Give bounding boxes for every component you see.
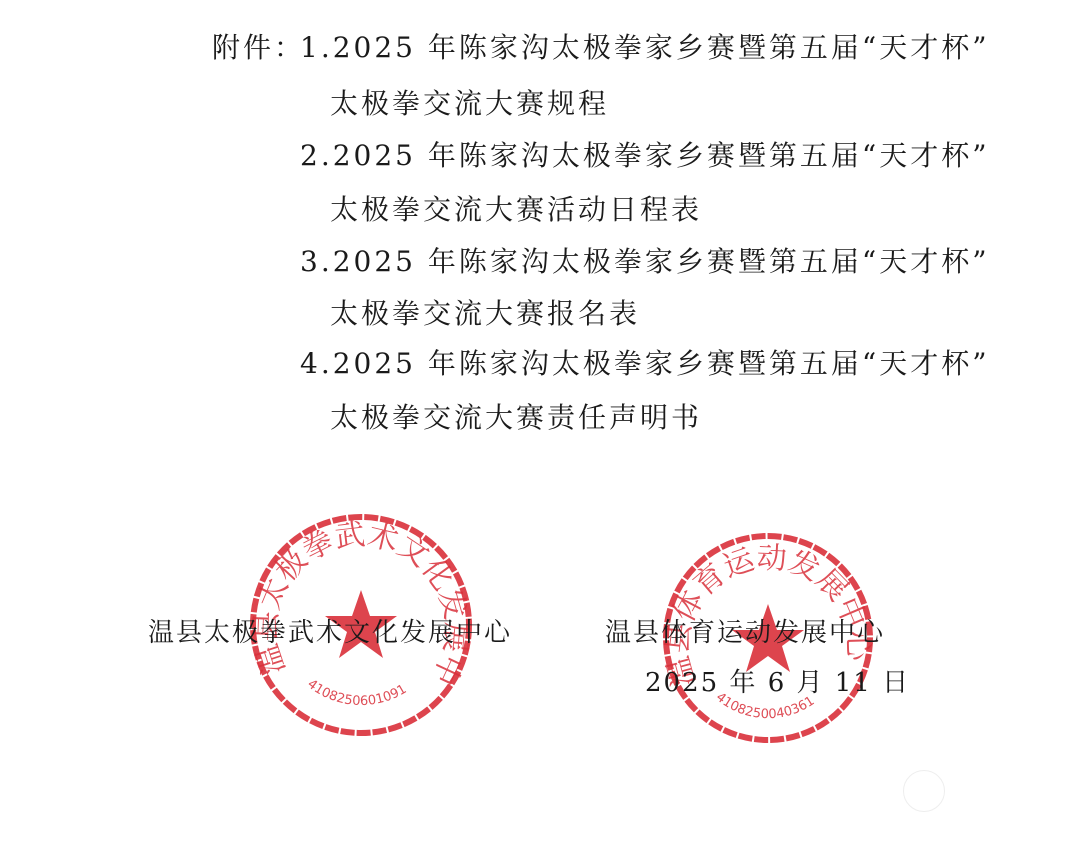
item-title-line2: 太极拳交流大赛责任声明书 xyxy=(330,400,702,436)
item-number: 2. xyxy=(300,139,333,172)
watermark-icon xyxy=(903,770,945,812)
item-title-line2: 太极拳交流大赛报名表 xyxy=(330,296,640,332)
item-number: 1. xyxy=(300,31,333,64)
signature-date: 2025 年 6 月 11 日 xyxy=(645,662,910,699)
attachment-prefix: 附件： xyxy=(212,30,305,66)
svg-text:4108250601091: 4108250601091 xyxy=(304,677,409,709)
item-title-line1: 2025 年陈家沟太极拳家乡赛暨第五届“天才杯” xyxy=(333,31,990,64)
item-number: 3. xyxy=(300,245,333,278)
item-title-line1: 2025 年陈家沟太极拳家乡赛暨第五届“天才杯” xyxy=(333,139,990,172)
item-title-line2: 太极拳交流大赛活动日程表 xyxy=(330,192,702,228)
item-title-line2: 太极拳交流大赛规程 xyxy=(330,86,609,122)
item-title-line1: 2025 年陈家沟太极拳家乡赛暨第五届“天才杯” xyxy=(333,245,990,278)
signature-org-1: 温县太极拳武术文化发展中心 xyxy=(148,612,512,649)
signature-org-2: 温县体育运动发展中心 xyxy=(605,612,885,649)
item-number: 4. xyxy=(300,347,333,380)
item-title-line1: 2025 年陈家沟太极拳家乡赛暨第五届“天才杯” xyxy=(333,347,990,380)
